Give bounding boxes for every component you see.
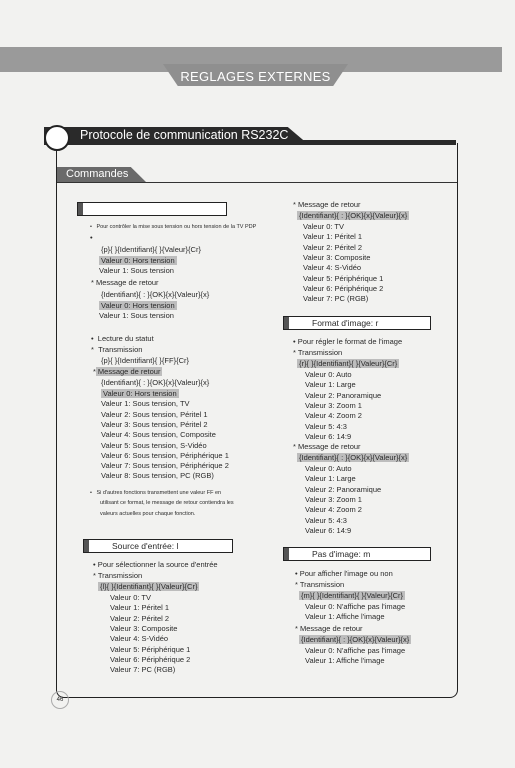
value-item: Valeur 0: Auto [305, 370, 352, 380]
value-item: Valeur 4: Zoom 2 [305, 411, 362, 421]
value-item: Valeur 6: Sous tension, Périphérique 1 [101, 451, 229, 461]
value-item: Valeur 1: Affiche l'image [305, 656, 385, 666]
power-ret: {Identifiant}{ : }{OK}{x}{Valeur}{x} [101, 290, 209, 300]
format-box: Format d'image: r [283, 316, 431, 330]
value-item: Valeur 1: Sous tension [99, 311, 174, 321]
note-line: utilisant ce format, le message de retou… [100, 498, 234, 508]
mute-tx-label: * Transmission [295, 580, 344, 590]
value-item: Valeur 4: S-Vidéo [303, 263, 361, 273]
value-item: Valeur 0: N'affiche pas l'image [305, 646, 405, 656]
value-item: Valeur 2: Péritel 2 [110, 614, 169, 624]
format-tx: {r}{ }{Identifiant}{ }{Valeur}{Cr} [297, 359, 399, 369]
page-number: 46 [51, 691, 69, 709]
value-item: Valeur 3: Composite [110, 624, 177, 634]
bullet: • [90, 233, 93, 243]
value-item: Valeur 0: TV [303, 222, 344, 232]
value-item: Valeur 5: Sous tension, S-Vidéo [101, 441, 207, 451]
power-ret-label: * Message de retour [91, 278, 159, 288]
value-item: Valeur 5: Périphérique 1 [110, 645, 190, 655]
commands-label: Commandes [66, 168, 128, 180]
value-item: Valeur 2: Panoramique [305, 391, 381, 401]
value-item: Valeur 3: Zoom 1 [305, 495, 362, 505]
value-item: Valeur 2: Péritel 2 [303, 243, 362, 253]
value-item: Valeur 7: Sous tension, Périphérique 2 [101, 461, 229, 471]
value-item: Valeur 6: 14:9 [305, 526, 351, 536]
value-item: Valeur 1: Péritel 1 [303, 232, 362, 242]
source-tx-label: * Transmission [93, 571, 142, 581]
value-item: Valeur 0: Hors tension [99, 256, 177, 266]
mute-tx: {m}{ }{Identifiant}{ }{Valeur}{Cr} [299, 591, 405, 601]
value-item: Valeur 7: PC (RGB) [303, 294, 368, 304]
value-item: Valeur 0: Auto [305, 464, 352, 474]
value-item: Valeur 0: N'affiche pas l'image [305, 602, 405, 612]
value-item: Valeur 0: Hors tension [99, 301, 177, 311]
value-item: Valeur 2: Panoramique [305, 485, 381, 495]
value-item: Valeur 6: Périphérique 2 [303, 284, 383, 294]
format-tx-label: * Transmission [293, 348, 342, 358]
source-tx: {l}{ }{Identifiant}{ }{Valeur}{Cr} [98, 582, 199, 592]
status-ret-label: *Message de retour [93, 367, 162, 377]
status-tx-label: * Transmission [91, 345, 142, 355]
value-item: Valeur 1: Péritel 1 [110, 603, 169, 613]
value-item: Valeur 3: Composite [303, 253, 370, 263]
power-desc: • Pour contrôler la mise sous tension ou… [90, 222, 256, 232]
format-desc: • Pour régler le format de l'image [293, 337, 402, 347]
value-item: Valeur 2: Sous tension, Péritel 1 [101, 410, 208, 420]
format-ret-label: * Message de retour [293, 442, 361, 452]
value-item: Valeur 1: Affiche l'image [305, 612, 385, 622]
protocol-title: Protocole de communication RS232C [80, 128, 288, 142]
value-item: Valeur 4: Sous tension, Composite [101, 430, 216, 440]
note-line: • Si d'autres fonctions transmettent une… [90, 488, 221, 498]
power-tx: {p}{ }{Identifiant}{ }{Valeur}{Cr} [101, 245, 201, 255]
circle-icon [44, 125, 70, 151]
value-item: Valeur 8: Sous tension, PC (RGB) [101, 471, 214, 481]
value-item: Valeur 1: Large [305, 380, 356, 390]
value-item: Valeur 6: 14:9 [305, 432, 351, 442]
format-ret: {Identifiant}{ : }{OK}{x}{Valeur}{x} [297, 453, 409, 463]
mute-desc: • Pour afficher l'image ou non [295, 569, 393, 579]
value-item: Valeur 5: 4:3 [305, 516, 347, 526]
divider [57, 182, 457, 183]
value-item: Valeur 0: TV [110, 593, 151, 603]
value-item: Valeur 1: Large [305, 474, 356, 484]
value-item: Valeur 0: Hors tension [101, 389, 179, 399]
source-ret: {Identifiant}{ : }{OK}{x}{Valeur}{x} [297, 211, 409, 221]
value-item: Valeur 3: Sous tension, Péritel 2 [101, 420, 208, 430]
value-item: Valeur 6: Périphérique 2 [110, 655, 190, 665]
source-ret-label: * Message de retour [293, 200, 361, 210]
status-tx: {p}{ }{Identifiant}{ }{FF}{Cr} [101, 356, 189, 366]
status-read: • Lecture du statut [91, 334, 154, 344]
value-item: Valeur 1: Sous tension [99, 266, 174, 276]
value-item: Valeur 1: Sous tension, TV [101, 399, 190, 409]
source-desc: • Pour sélectionner la source d'entrée [93, 560, 218, 570]
value-item: Valeur 5: 4:3 [305, 422, 347, 432]
value-item: Valeur 4: S-Vidéo [110, 634, 168, 644]
mute-ret-label: * Message de retour [295, 624, 363, 634]
power-box [77, 202, 227, 216]
section-title: REGLAGES EXTERNES [163, 64, 348, 86]
note-line: valeurs actuelles pour chaque fonction. [100, 509, 195, 519]
value-item: Valeur 5: Périphérique 1 [303, 274, 383, 284]
mute-box: Pas d'image: m [283, 547, 431, 561]
status-ret: {Identifiant}{ : }{OK}{x}{Valeur}{x} [101, 378, 209, 388]
value-item: Valeur 4: Zoom 2 [305, 505, 362, 515]
mute-ret: {Identifiant}{ : }{OK}{x}{Valeur}{x} [299, 635, 411, 645]
value-item: Valeur 7: PC (RGB) [110, 665, 175, 675]
value-item: Valeur 3: Zoom 1 [305, 401, 362, 411]
source-box: Source d'entrée: l [83, 539, 233, 553]
